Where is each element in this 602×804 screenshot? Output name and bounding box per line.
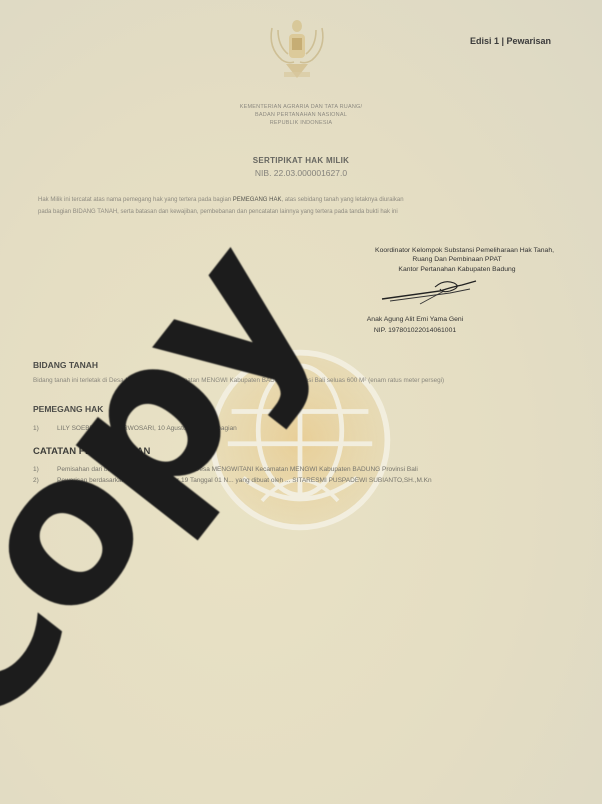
ministry-line: BADAN PERTANAHAN NASIONAL [0,111,602,119]
signature-icon [380,277,480,305]
nib-number: NIB. 22.03.000001627.0 [0,168,602,178]
intro-emphasis: PEMEGANG HAK [233,197,282,203]
intro-text: , atas sebidang tanah yang letaknya diur… [281,197,403,203]
ministry-line: KEMENTERIAN AGRARIA DAN TATA RUANG/ [0,103,602,111]
ministry-line: REPUBLIK INDONESIA [0,119,602,127]
certificate-title: SERTIPIKAT HAK MILIK [0,156,602,165]
signatory-office: Kantor Pertanahan Kabupaten Badung [300,266,554,275]
garuda-emblem-icon [264,14,330,84]
signee-nip: NIP. 197801022014061001 [330,325,500,336]
signatory-block: Koordinator Kelompok Substansi Pemelihar… [300,247,554,275]
intro-paragraph: Hak Milik ini tercatat atas nama pemegan… [38,194,568,218]
ministry-header: KEMENTERIAN AGRARIA DAN TATA RUANG/ BADA… [0,103,602,127]
intro-text: Hak Milik ini tercatat atas nama pemegan… [38,197,233,203]
edition-label: Edisi 1 | Pewarisan [470,36,551,46]
signatory-position: Ruang Dan Pembinaan PPAT [300,256,554,265]
signee-name: Anak Agung Alit Emi Yama Geni [330,314,500,325]
intro-text: pada bagian BIDANG TANAH, serta batasan … [38,209,398,215]
signatory-position: Koordinator Kelompok Substansi Pemelihar… [300,247,554,256]
signee-block: Anak Agung Alit Emi Yama Geni NIP. 19780… [330,314,500,336]
